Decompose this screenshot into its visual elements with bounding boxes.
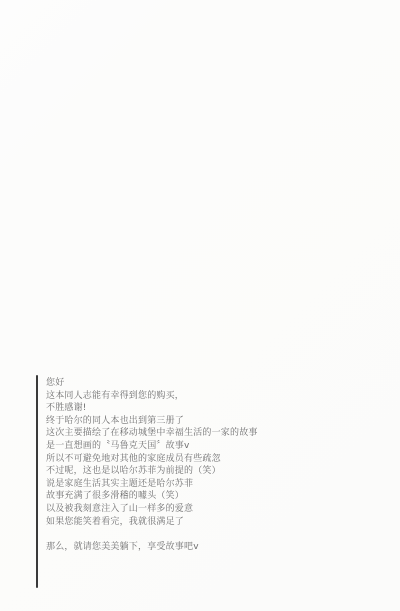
vertical-rule [36,375,38,588]
afterword-text-block: 您好 这本同人志能有幸得到您的购买， 不胜感谢! 终于哈尔的同人本也出到第三册了… [46,377,376,554]
letter-line: 所以不可避免地对其他的家庭成员有些疏忽 [46,453,376,466]
letter-line: 这本同人志能有幸得到您的购买， [46,390,376,403]
letter-line: 故事充满了很多滑稽的噱头（笑） [46,490,376,503]
letter-closing: 那么，就请您美美躺下，享受故事吧v [46,541,376,554]
letter-line: 不胜感谢! [46,402,376,415]
letter-line: 如果您能笑着看完，我就很满足了 [46,516,376,529]
letter-line: 说是家庭生活其实主题还是哈尔苏菲 [46,478,376,491]
letter-line: 是一直想画的〝马鲁克天国〞故事v [46,440,376,453]
letter-line: 不过呢，这也是以哈尔苏菲为前提的（笑） [46,465,376,478]
letter-greeting: 您好 [46,377,376,390]
scanned-page: 您好 这本同人志能有幸得到您的购买， 不胜感谢! 终于哈尔的同人本也出到第三册了… [0,0,400,611]
letter-line: 终于哈尔的同人本也出到第三册了 [46,415,376,428]
letter-line: 以及被我刻意注入了山一样多的爱意 [46,503,376,516]
letter-line: 这次主要描绘了在移动城堡中幸福生活的一家的故事 [46,427,376,440]
